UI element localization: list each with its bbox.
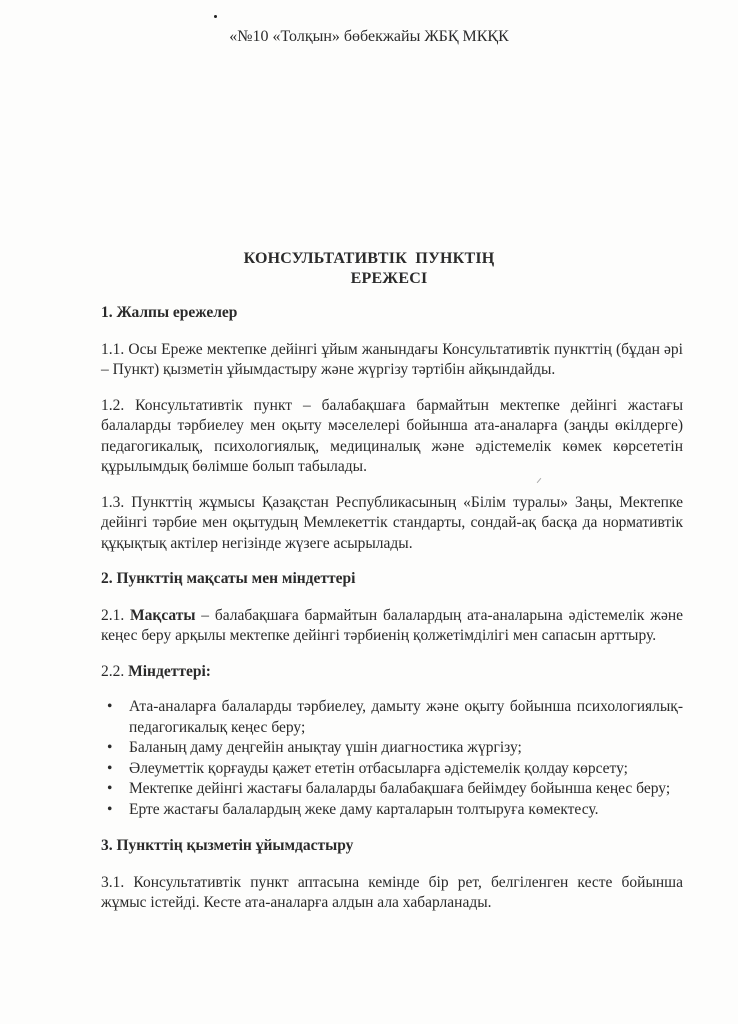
scan-speck (214, 15, 217, 18)
goal-number: 2.1. (101, 607, 130, 624)
task-text: Ерте жастағы балалардың жеке даму картал… (129, 801, 598, 818)
list-item: •Мектепке дейінгі жастағы балаларды бала… (129, 779, 683, 800)
list-item: •Баланың даму деңгейін анықтау үшін диаг… (129, 738, 683, 759)
list-item: •Ата-аналарға балаларды тәрбиелеу, дамыт… (129, 697, 683, 738)
tasks-label: Міндеттері: (128, 663, 211, 680)
document-body: 1. Жалпы ережелер 1.1. Осы Ереже мектепк… (101, 303, 683, 929)
task-text: Ата-аналарға балаларды тәрбиелеу, дамыту… (129, 698, 683, 736)
title-line-2: ЕРЕЖЕСІ (0, 269, 738, 289)
document-page: «№10 «Толқын» бөбекжайы ЖБҚ МКҚК КОНСУЛЬ… (0, 0, 738, 1024)
bullet-icon: • (107, 738, 112, 759)
tasks-number: 2.2. (101, 663, 128, 680)
bullet-icon: • (107, 779, 112, 800)
section-heading-goals: 2. Пункттің мақсаты мен міндеттері (101, 569, 683, 590)
bullet-icon: • (107, 800, 112, 821)
goal-label: Мақсаты (130, 607, 195, 624)
paragraph-1-3: 1.3. Пункттің жұмысы Қазақстан Республик… (101, 493, 683, 555)
paragraph-1-1: 1.1. Осы Ереже мектепке дейінгі ұйым жан… (101, 340, 683, 381)
task-text: Әлеуметтік қорғауды қажет ететін отбасыл… (129, 760, 628, 777)
tasks-list: •Ата-аналарға балаларды тәрбиелеу, дамыт… (101, 697, 683, 820)
section-heading-general: 1. Жалпы ережелер (101, 303, 683, 324)
list-item: •Әлеуметтік қорғауды қажет ететін отбасы… (129, 759, 683, 780)
task-text: Мектепке дейінгі жастағы балаларды балаб… (129, 780, 670, 797)
bullet-icon: • (107, 759, 112, 780)
document-title: КОНСУЛЬТАТИВТІК ПУНКТІҢ ЕРЕЖЕСІ (0, 249, 738, 289)
paragraph-2-2: 2.2. Міндеттері: (101, 662, 683, 683)
title-line-1: КОНСУЛЬТАТИВТІК ПУНКТІҢ (244, 250, 495, 267)
paragraph-2-1: 2.1. Мақсаты – балабақшаға бармайтын бал… (101, 606, 683, 647)
paragraph-1-2: 1.2. Консультативтік пункт – балабақшаға… (101, 396, 683, 478)
task-text: Баланың даму деңгейін анықтау үшін диагн… (129, 739, 522, 756)
paragraph-3-1: 3.1. Консультативтік пункт аптасына кемі… (101, 873, 683, 914)
bullet-icon: • (107, 697, 112, 718)
section-heading-organization: 3. Пункттің қызметін ұйымдастыру (101, 836, 683, 857)
list-item: •Ерте жастағы балалардың жеке даму карта… (129, 800, 683, 821)
organization-header: «№10 «Толқын» бөбекжайы ЖБҚ МКҚК (0, 28, 738, 46)
